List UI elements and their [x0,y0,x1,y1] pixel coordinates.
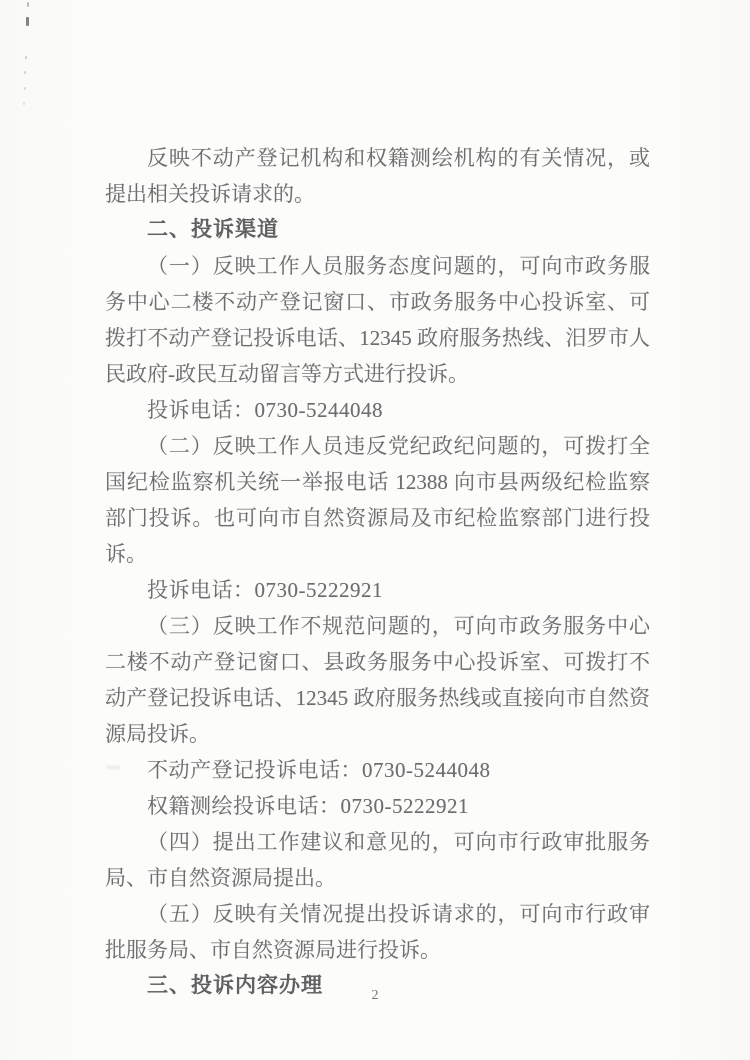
paragraph-item-5: （五）反映有关情况提出投诉请求的，可向市行政审批服务局、市自然资源局进行投诉。 [105,896,650,968]
scan-artifact [25,56,27,59]
paragraph-item-2: （二）反映工作人员违反党纪政纪问题的，可拨打全国纪检监察机关统一举报电话 123… [105,428,650,572]
phone-line-1: 投诉电话：0730-5244048 [105,392,650,428]
phone-line-registration: 不动产登记投诉电话：0730-5244048 [105,752,650,788]
phone-line-surveying: 权籍测绘投诉电话：0730-5222921 [105,788,650,824]
page-number: 2 [0,988,750,1004]
paragraph-continuation: 反映不动产登记机构和权籍测绘机构的有关情况，或提出相关投诉请求的。 [105,140,650,212]
scan-artifact [23,102,25,105]
scan-artifact [27,2,29,7]
phone-line-2: 投诉电话：0730-5222921 [105,572,650,608]
scan-artifact [24,87,26,90]
scan-artifact [26,17,29,26]
document-body: 反映不动产登记机构和权籍测绘机构的有关情况，或提出相关投诉请求的。 二、投诉渠道… [105,140,650,1004]
section-heading-channels: 二、投诉渠道 [105,212,650,248]
scan-artifact [24,71,26,74]
scanned-document-page: 反映不动产登记机构和权籍测绘机构的有关情况，或提出相关投诉请求的。 二、投诉渠道… [0,0,750,1060]
paragraph-item-1: （一）反映工作人员服务态度问题的，可向市政务服务中心二楼不动产登记窗口、市政务服… [105,248,650,392]
paragraph-item-3: （三）反映工作不规范问题的，可向市政务服务中心二楼不动产登记窗口、县政务服务中心… [105,608,650,752]
paragraph-item-4: （四）提出工作建议和意见的，可向市行政审批服务局、市自然资源局提出。 [105,824,650,896]
